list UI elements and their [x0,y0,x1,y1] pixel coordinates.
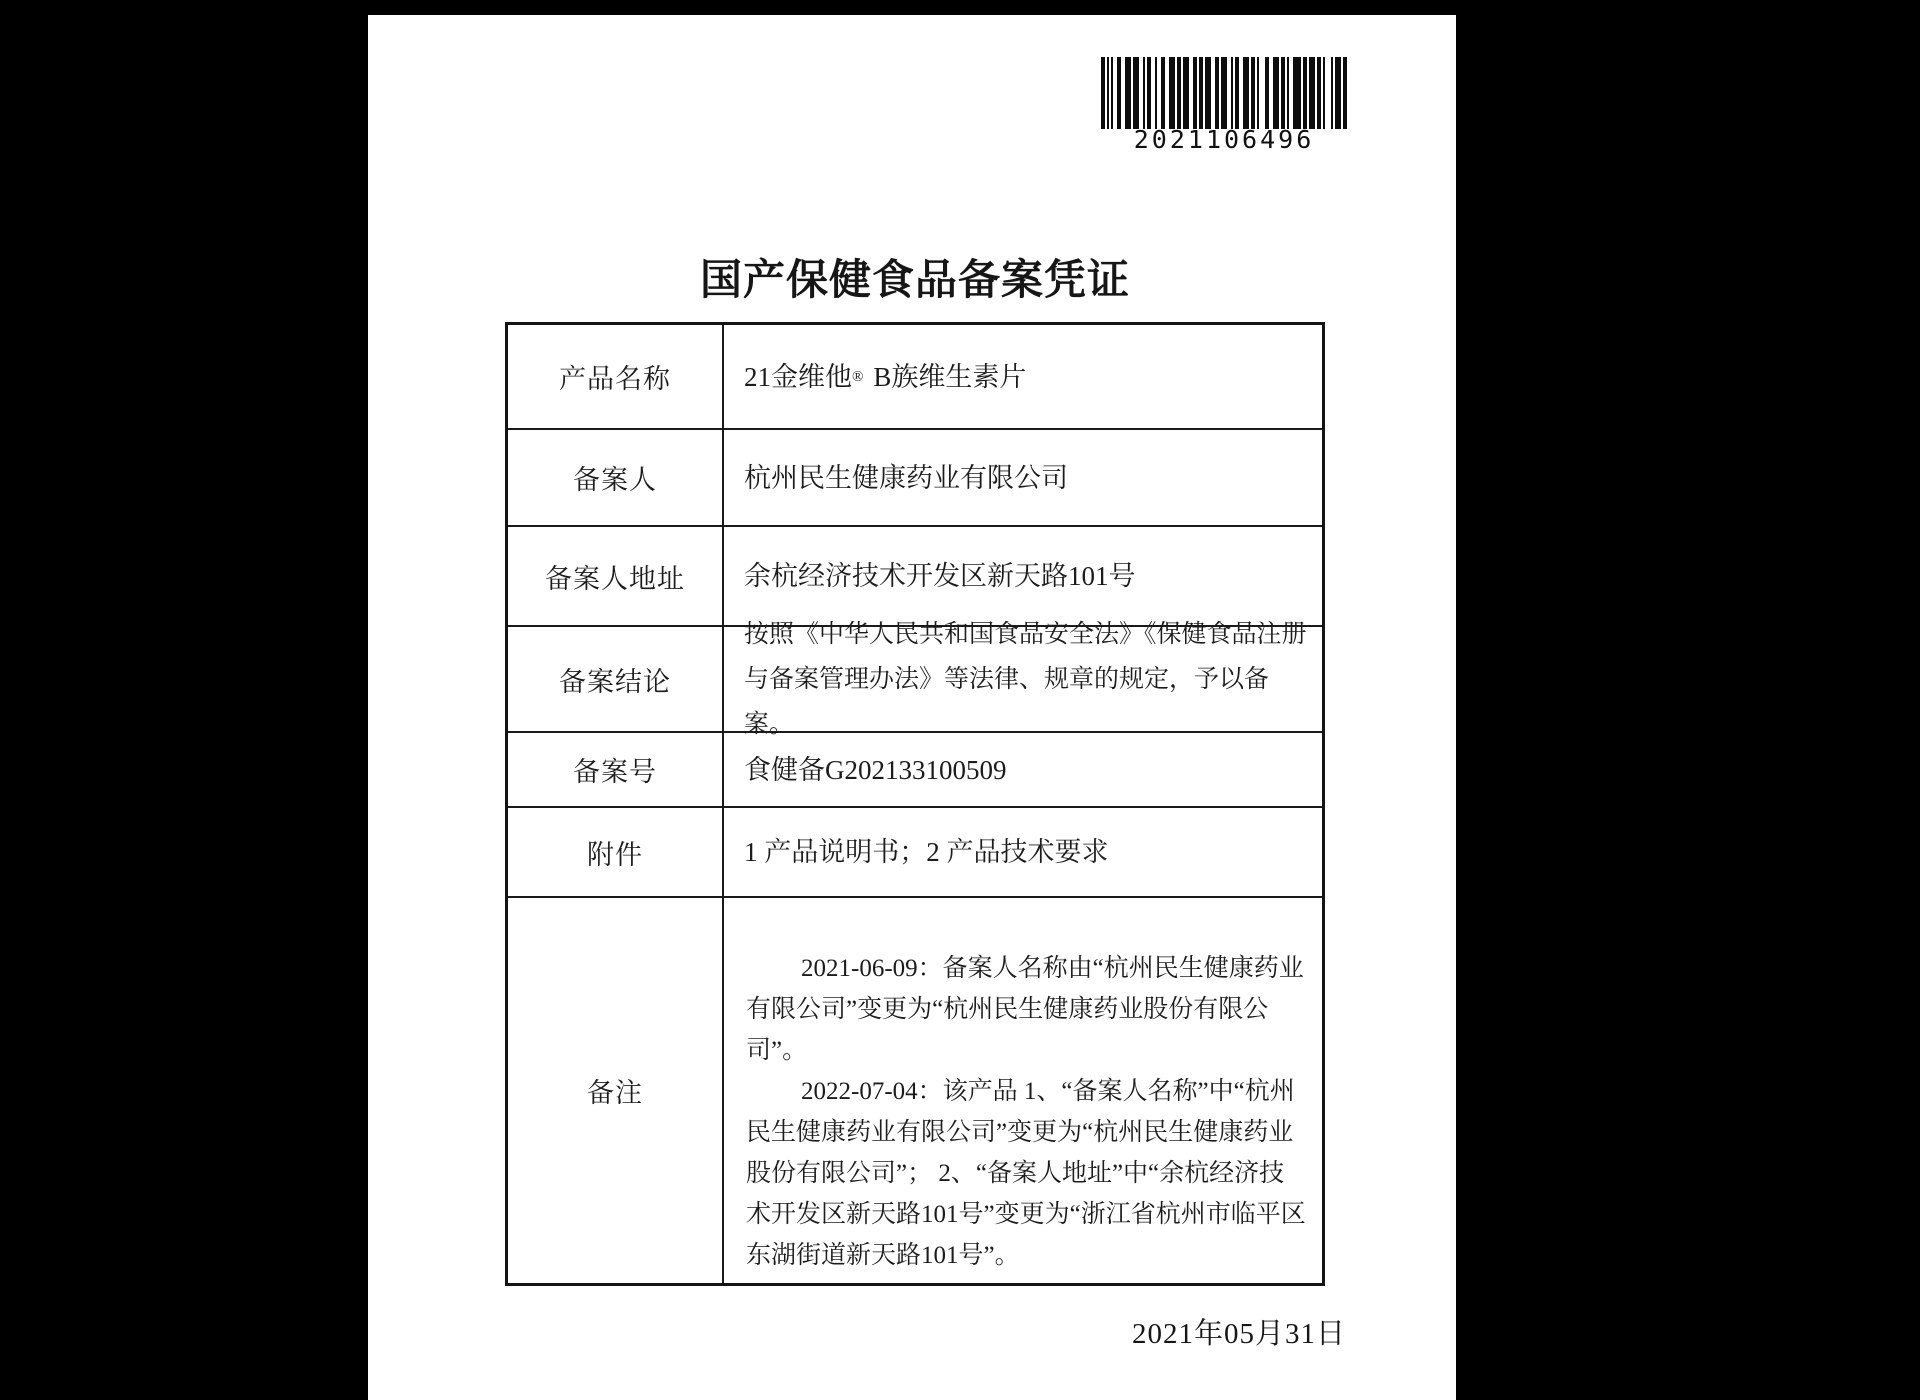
screen: { "document": { "title": "国产保健食品备案凭证", "… [0,0,1920,1400]
product-name-text: 21金维他 [744,355,852,399]
registration-number-value: 食健备G202133100509 [724,733,1322,806]
product-name-label: 产品名称 [508,325,724,428]
registrant-address-value: 余杭经济技术开发区新天路101号 [724,527,1322,625]
barcode: 2021106496 [1099,57,1349,153]
remarks-value: 2021-06-09：备案人名称由“杭州民生健康药业有限公司”变更为“杭州民生健… [724,898,1322,1283]
remarks-paragraph-2: 2022-07-04：该产品 1、“备案人名称”中“杭州民生健康药业有限公司”变… [746,1071,1308,1276]
barcode-number: 2021106496 [1130,127,1319,153]
registrant-label: 备案人 [508,430,724,525]
table-row-attachments: 附件 1 产品说明书；2 产品技术要求 [508,806,1322,896]
table-row-registrant-address: 备案人地址 余杭经济技术开发区新天路101号 [508,525,1322,625]
registrant-address-label: 备案人地址 [508,527,724,625]
table-row-registrant: 备案人 杭州民生健康药业有限公司 [508,428,1322,525]
registrant-value: 杭州民生健康药业有限公司 [724,430,1322,525]
remarks-label: 备注 [508,898,724,1283]
issue-date: 2021年05月31日 [1132,1311,1346,1352]
product-name-suffix: B族维生素片 [873,355,1026,399]
registration-number-label: 备案号 [508,733,724,806]
certificate-table: 产品名称 21金维他®B族维生素片 备案人 杭州民生健康药业有限公司 备案人地址… [505,322,1325,1286]
attachments-value: 1 产品说明书；2 产品技术要求 [724,808,1322,896]
attachments-label: 附件 [508,808,724,896]
table-row-remarks: 备注 2021-06-09：备案人名称由“杭州民生健康药业有限公司”变更为“杭州… [508,896,1322,1283]
certificate-page: 2021106496 国产保健食品备案凭证 产品名称 21金维他®B族维生素片 … [368,15,1456,1400]
page-title: 国产保健食品备案凭证 [505,249,1325,311]
product-name-value: 21金维他®B族维生素片 [724,325,1322,428]
table-row-conclusion: 备案结论 按照《中华人民共和国食品安全法》《保健食品注册与备案管理办法》等法律、… [508,625,1322,731]
remarks-paragraph-1: 2021-06-09：备案人名称由“杭州民生健康药业有限公司”变更为“杭州民生健… [746,948,1308,1071]
conclusion-label: 备案结论 [508,627,724,731]
table-row-product-name: 产品名称 21金维他®B族维生素片 [508,325,1322,428]
table-row-registration-number: 备案号 食健备G202133100509 [508,731,1322,806]
conclusion-value: 按照《中华人民共和国食品安全法》《保健食品注册与备案管理办法》等法律、规章的规定… [724,627,1322,731]
barcode-bars [1099,57,1349,129]
